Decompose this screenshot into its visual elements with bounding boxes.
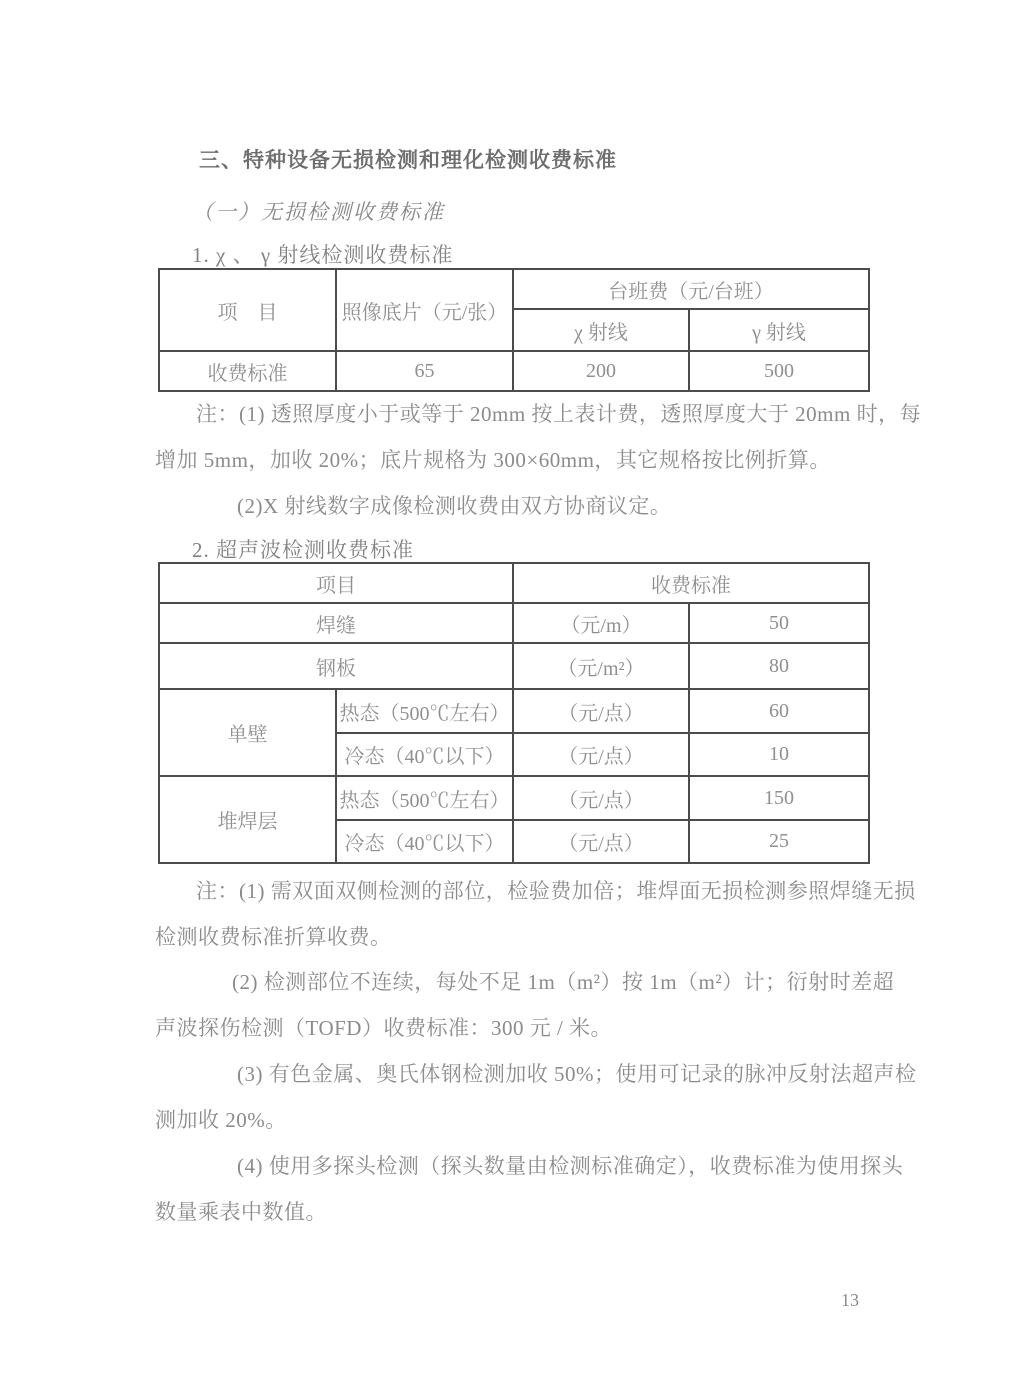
ultrasonic-note-line-5: (3) 有色金属、奥氏体钢检测加收 50%；使用可记录的脉冲反射法超声检 <box>237 1058 916 1088</box>
xray-note-line-3: (2)X 射线数字成像检测收费由双方协商议定。 <box>237 490 671 520</box>
ultra-row-ov-hot-unit-cell: （元/点） <box>513 776 689 820</box>
subsection-heading: （一）无损检测收费标准 <box>192 196 445 226</box>
item2-heading: 2. 超声波检测收费标准 <box>192 534 414 564</box>
ultra-row-ov-hot-value-cell: 150 <box>689 776 869 820</box>
ultrasonic-note-line-6: 测加收 20%。 <box>155 1104 287 1134</box>
ultra-row-sw-cold-unit-cell: （元/点） <box>513 733 689 776</box>
ultra-header-standard-cell: 收费标准 <box>513 563 869 603</box>
ultra-row-weld-unit-cell: （元/m） <box>513 603 689 643</box>
ultrasonic-note-line-8: 数量乘表中数值。 <box>155 1196 327 1226</box>
ultra-row-sw-cold-value-cell: 10 <box>689 733 869 776</box>
document-page: 三、特种设备无损检测和理化检测收费标准 （一）无损检测收费标准 1. χ 、 γ… <box>0 0 1024 1379</box>
xray-fee-table: 项 目 照像底片（元/张） 台班费（元/台班） χ 射线 γ 射线 收费标准 6… <box>158 268 870 392</box>
ultrasonic-note-line-2: 检测收费标准折算收费。 <box>155 921 392 951</box>
xray-header-film-cell: 照像底片（元/张） <box>336 269 513 351</box>
ultra-row-ov-cold-unit-cell: （元/点） <box>513 820 689 863</box>
ultra-row-plate-unit-cell: （元/m²） <box>513 643 689 689</box>
ultrasonic-fee-table: 项目 收费标准 焊缝 （元/m） 50 钢板 （元/m²） 80 单壁 热态（5… <box>158 562 870 864</box>
xray-x-value-cell: 200 <box>513 351 689 391</box>
xray-gamma-value-cell: 500 <box>689 351 869 391</box>
xray-header-gamma-cell: γ 射线 <box>689 309 869 351</box>
section-heading: 三、特种设备无损检测和理化检测收费标准 <box>199 144 617 174</box>
xray-row-label-cell: 收费标准 <box>159 351 336 391</box>
ultra-row-sw-hot-value-cell: 60 <box>689 689 869 733</box>
ultra-row-ov-cold-item-cell: 冷态（40℃以下） <box>336 820 513 863</box>
xray-header-item-cell: 项 目 <box>159 269 336 351</box>
xray-note-line-2: 增加 5mm，加收 20%；底片规格为 300×60mm，其它规格按比例折算。 <box>155 444 831 474</box>
ultra-group-overlay-cell: 堆焊层 <box>159 776 336 863</box>
ultra-row-sw-hot-unit-cell: （元/点） <box>513 689 689 733</box>
page-number: 13 <box>841 1290 859 1311</box>
ultra-header-item-cell: 项目 <box>159 563 513 603</box>
ultra-row-ov-cold-value-cell: 25 <box>689 820 869 863</box>
xray-header-x-cell: χ 射线 <box>513 309 689 351</box>
ultra-row-sw-cold-item-cell: 冷态（40℃以下） <box>336 733 513 776</box>
ultra-row-sw-hot-item-cell: 热态（500℃左右） <box>336 689 513 733</box>
ultra-row-ov-hot-item-cell: 热态（500℃左右） <box>336 776 513 820</box>
xray-note-line-1: 注：(1) 透照厚度小于或等于 20mm 按上表计费，透照厚度大于 20mm 时… <box>196 398 921 428</box>
ultrasonic-note-line-7: (4) 使用多探头检测（探头数量由检测标准确定），收费标准为使用探头 <box>237 1150 903 1180</box>
ultrasonic-note-line-3: (2) 检测部位不连续，每处不足 1m（m²）按 1m（m²）计；衍射时差超 <box>232 966 894 996</box>
ultra-row-plate-item-cell: 钢板 <box>159 643 513 689</box>
ultra-row-weld-value-cell: 50 <box>689 603 869 643</box>
xray-film-value-cell: 65 <box>336 351 513 391</box>
ultra-row-weld-item-cell: 焊缝 <box>159 603 513 643</box>
ultra-row-plate-value-cell: 80 <box>689 643 869 689</box>
ultra-group-singlewall-cell: 单壁 <box>159 689 336 776</box>
ultrasonic-note-line-4: 声波探伤检测（TOFD）收费标准：300 元 / 米。 <box>155 1012 612 1042</box>
item1-heading: 1. χ 、 γ 射线检测收费标准 <box>192 239 453 269</box>
xray-header-machine-fee-cell: 台班费（元/台班） <box>513 269 869 309</box>
ultrasonic-note-line-1: 注：(1) 需双面双侧检测的部位，检验费加倍；堆焊面无损检测参照焊缝无损 <box>196 875 916 905</box>
